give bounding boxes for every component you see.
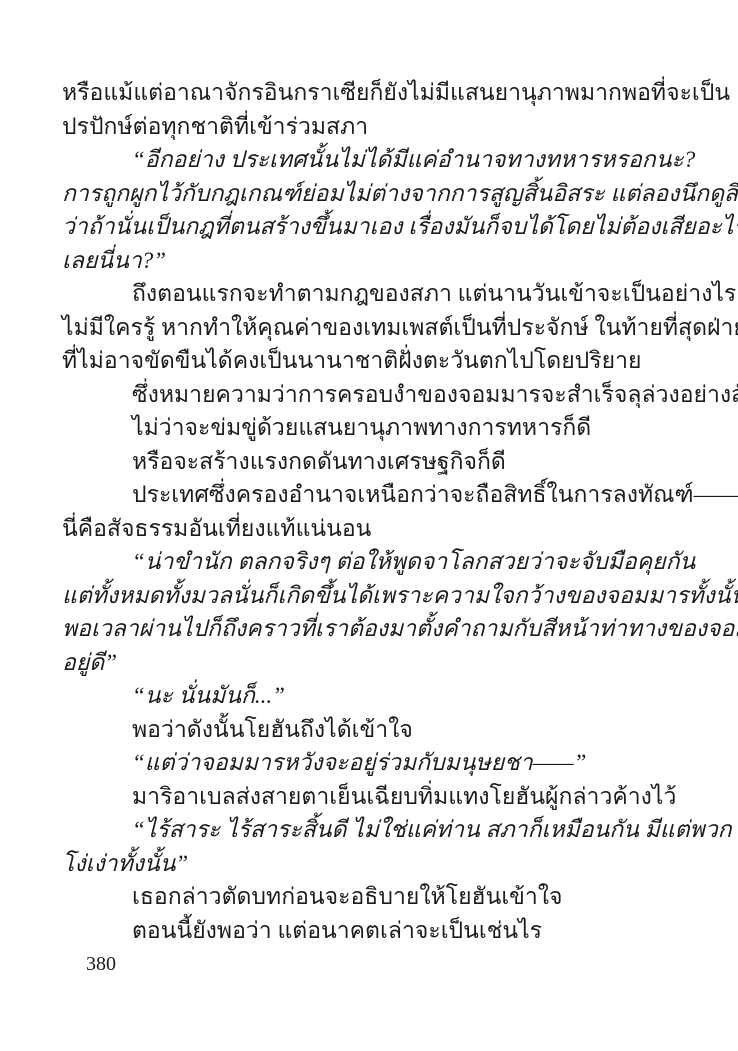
text-line: ตอนนี้ยังพอว่า แต่อนาคตเล่าจะเป็นเช่นไร (62, 914, 684, 948)
text-line: พอว่าดังนั้นโยฮันถึงได้เข้าใจ (62, 713, 684, 747)
text-line: ปรปักษ์ต่อทุกชาติที่เข้าร่วมสภา (62, 110, 684, 144)
text-line: เลยนี่นา?” (62, 244, 684, 278)
text-line: ว่าถ้านั่นเป็นกฎที่ตนสร้างขึ้นมาเอง เรื่… (62, 210, 684, 244)
text-line: แต่ทั้งหมดทั้งมวลนั่นก็เกิดขึ้นได้เพราะค… (62, 579, 684, 613)
text-line: พอเวลาผ่านไปก็ถึงคราวที่เราต้องมาตั้งคำถ… (62, 612, 684, 646)
text-line: ไม่มีใครรู้ หากทำให้คุณค่าของเทมเพสต์เป็… (62, 311, 684, 345)
text-line: “น่าขำนัก ตลกจริงๆ ต่อให้พูดจาโลกสวยว่าจ… (62, 545, 684, 579)
text-line: “ไร้สาระ ไร้สาระสิ้นดี ไม่ใช่แค่ท่าน สภา… (62, 813, 684, 847)
text-line: อยู่ดี” (62, 646, 684, 680)
body-text: หรือแม้แต่อาณาจักรอินกราเซียก็ยังไม่มีแส… (62, 76, 684, 947)
text-line: “นะ นั่นมันก็...” (62, 679, 684, 713)
text-line: ประเทศซึ่งครองอำนาจเหนือกว่าจะถือสิทธิ์ใ… (62, 478, 684, 512)
page-number: 380 (86, 951, 116, 977)
text-line: หรือจะสร้างแรงกดดันทางเศรษฐกิจก็ดี (62, 445, 684, 479)
text-line: หรือแม้แต่อาณาจักรอินกราเซียก็ยังไม่มีแส… (62, 76, 684, 110)
text-line: ไม่ว่าจะข่มขู่ด้วยแสนยานุภาพทางการทหารก็… (62, 411, 684, 445)
text-line: โง่เง่าทั้งนั้น” (62, 847, 684, 881)
text-line: เธอกล่าวตัดบทก่อนจะอธิบายให้โยฮันเข้าใจ (62, 880, 684, 914)
text-line: ซึ่งหมายความว่าการครอบงำของจอมมารจะสำเร็… (62, 378, 684, 412)
text-line: “อีกอย่าง ประเทศนั้นไม่ได้มีแค่อำนาจทางท… (62, 143, 684, 177)
text-line: นี่คือสัจธรรมอันเที่ยงแท้แน่นอน (62, 512, 684, 546)
book-page: หรือแม้แต่อาณาจักรอินกราเซียก็ยังไม่มีแส… (0, 0, 738, 1051)
text-line: ถึงตอนแรกจะทำตามกฎของสภา แต่นานวันเข้าจะ… (62, 277, 684, 311)
text-line: “แต่ว่าจอมมารหวังจะอยู่ร่วมกับมนุษยชา——” (62, 746, 684, 780)
text-line: ที่ไม่อาจขัดขืนได้คงเป็นนานาชาติฝั่งตะวั… (62, 344, 684, 378)
text-line: การถูกผูกไว้กับกฎเกณฑ์ย่อมไม่ต่างจากการส… (62, 177, 684, 211)
text-line: มาริอาเบลส่งสายตาเย็นเฉียบทิ่มแทงโยฮันผู… (62, 780, 684, 814)
